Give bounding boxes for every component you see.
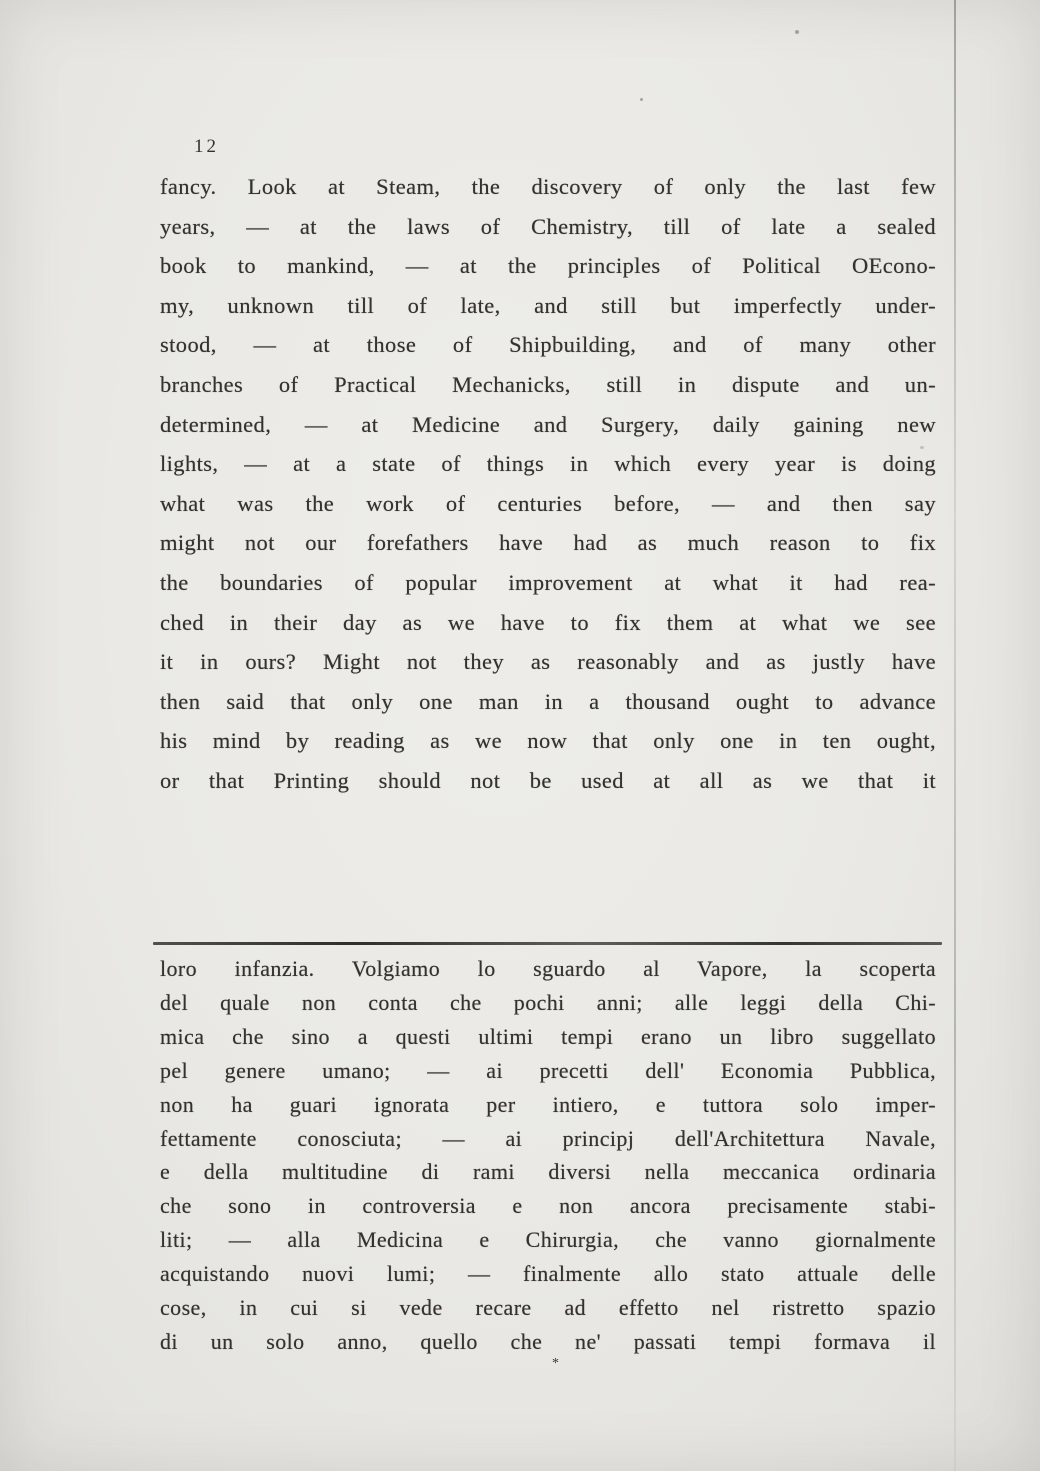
text-line: his mind by reading as we now that only … (160, 721, 936, 761)
text-line: pel genere umano; — ai precetti dell' Ec… (160, 1054, 936, 1088)
text-line: determined, — at Medicine and Surgery, d… (160, 405, 936, 445)
page-edge-scan-line (954, 0, 956, 1471)
text-line: my, unknown till of late, and still but … (160, 286, 936, 326)
text-line: e della multitudine di rami diversi nell… (160, 1155, 936, 1189)
text-line: di un solo anno, quello che ne' passati … (160, 1325, 936, 1359)
footnote-separator-rule (153, 942, 942, 945)
text-line: lights, — at a state of things in which … (160, 444, 936, 484)
text-line: stood, — at those of Shipbuilding, and o… (160, 325, 936, 365)
scan-speck (920, 446, 924, 449)
text-line: liti; — alla Medicina e Chirurgia, che v… (160, 1223, 936, 1257)
text-line: book to mankind, — at the principles of … (160, 246, 936, 286)
printer-mark: * (552, 1356, 559, 1372)
text-line: cose, in cui si vede recare ad effetto n… (160, 1291, 936, 1325)
text-line: non ha guari ignorata per intiero, e tut… (160, 1088, 936, 1122)
text-line: fettamente conosciuta; — ai principj del… (160, 1122, 936, 1156)
scanned-book-page: 12 fancy. Look at Steam, the discovery o… (0, 0, 1040, 1471)
italian-text-block: loro infanzia. Volgiamo lo sguardo al Va… (160, 952, 936, 1359)
text-line: branches of Practical Mechanicks, still … (160, 365, 936, 405)
text-line: del quale non conta che pochi anni; alle… (160, 986, 936, 1020)
text-line: might not our forefathers have had as mu… (160, 523, 936, 563)
text-line: acquistando nuovi lumi; — finalmente all… (160, 1257, 936, 1291)
text-line: then said that only one man in a thousan… (160, 682, 936, 722)
text-line: or that Printing should not be used at a… (160, 761, 936, 801)
page-number: 12 (194, 136, 219, 158)
text-line: loro infanzia. Volgiamo lo sguardo al Va… (160, 952, 936, 986)
text-line: ched in their day as we have to fix them… (160, 603, 936, 643)
text-line: fancy. Look at Steam, the discovery of o… (160, 167, 936, 207)
text-line: mica che sino a questi ultimi tempi eran… (160, 1020, 936, 1054)
text-line: the boundaries of popular improvement at… (160, 563, 936, 603)
text-line: che sono in controversia e non ancora pr… (160, 1189, 936, 1223)
english-text-block: fancy. Look at Steam, the discovery of o… (160, 167, 936, 801)
scan-speck (795, 30, 799, 34)
text-line: it in ours? Might not they as reasonably… (160, 642, 936, 682)
scan-speck (640, 98, 643, 101)
text-line: what was the work of centuries before, —… (160, 484, 936, 524)
text-line: years, — at the laws of Chemistry, till … (160, 207, 936, 247)
